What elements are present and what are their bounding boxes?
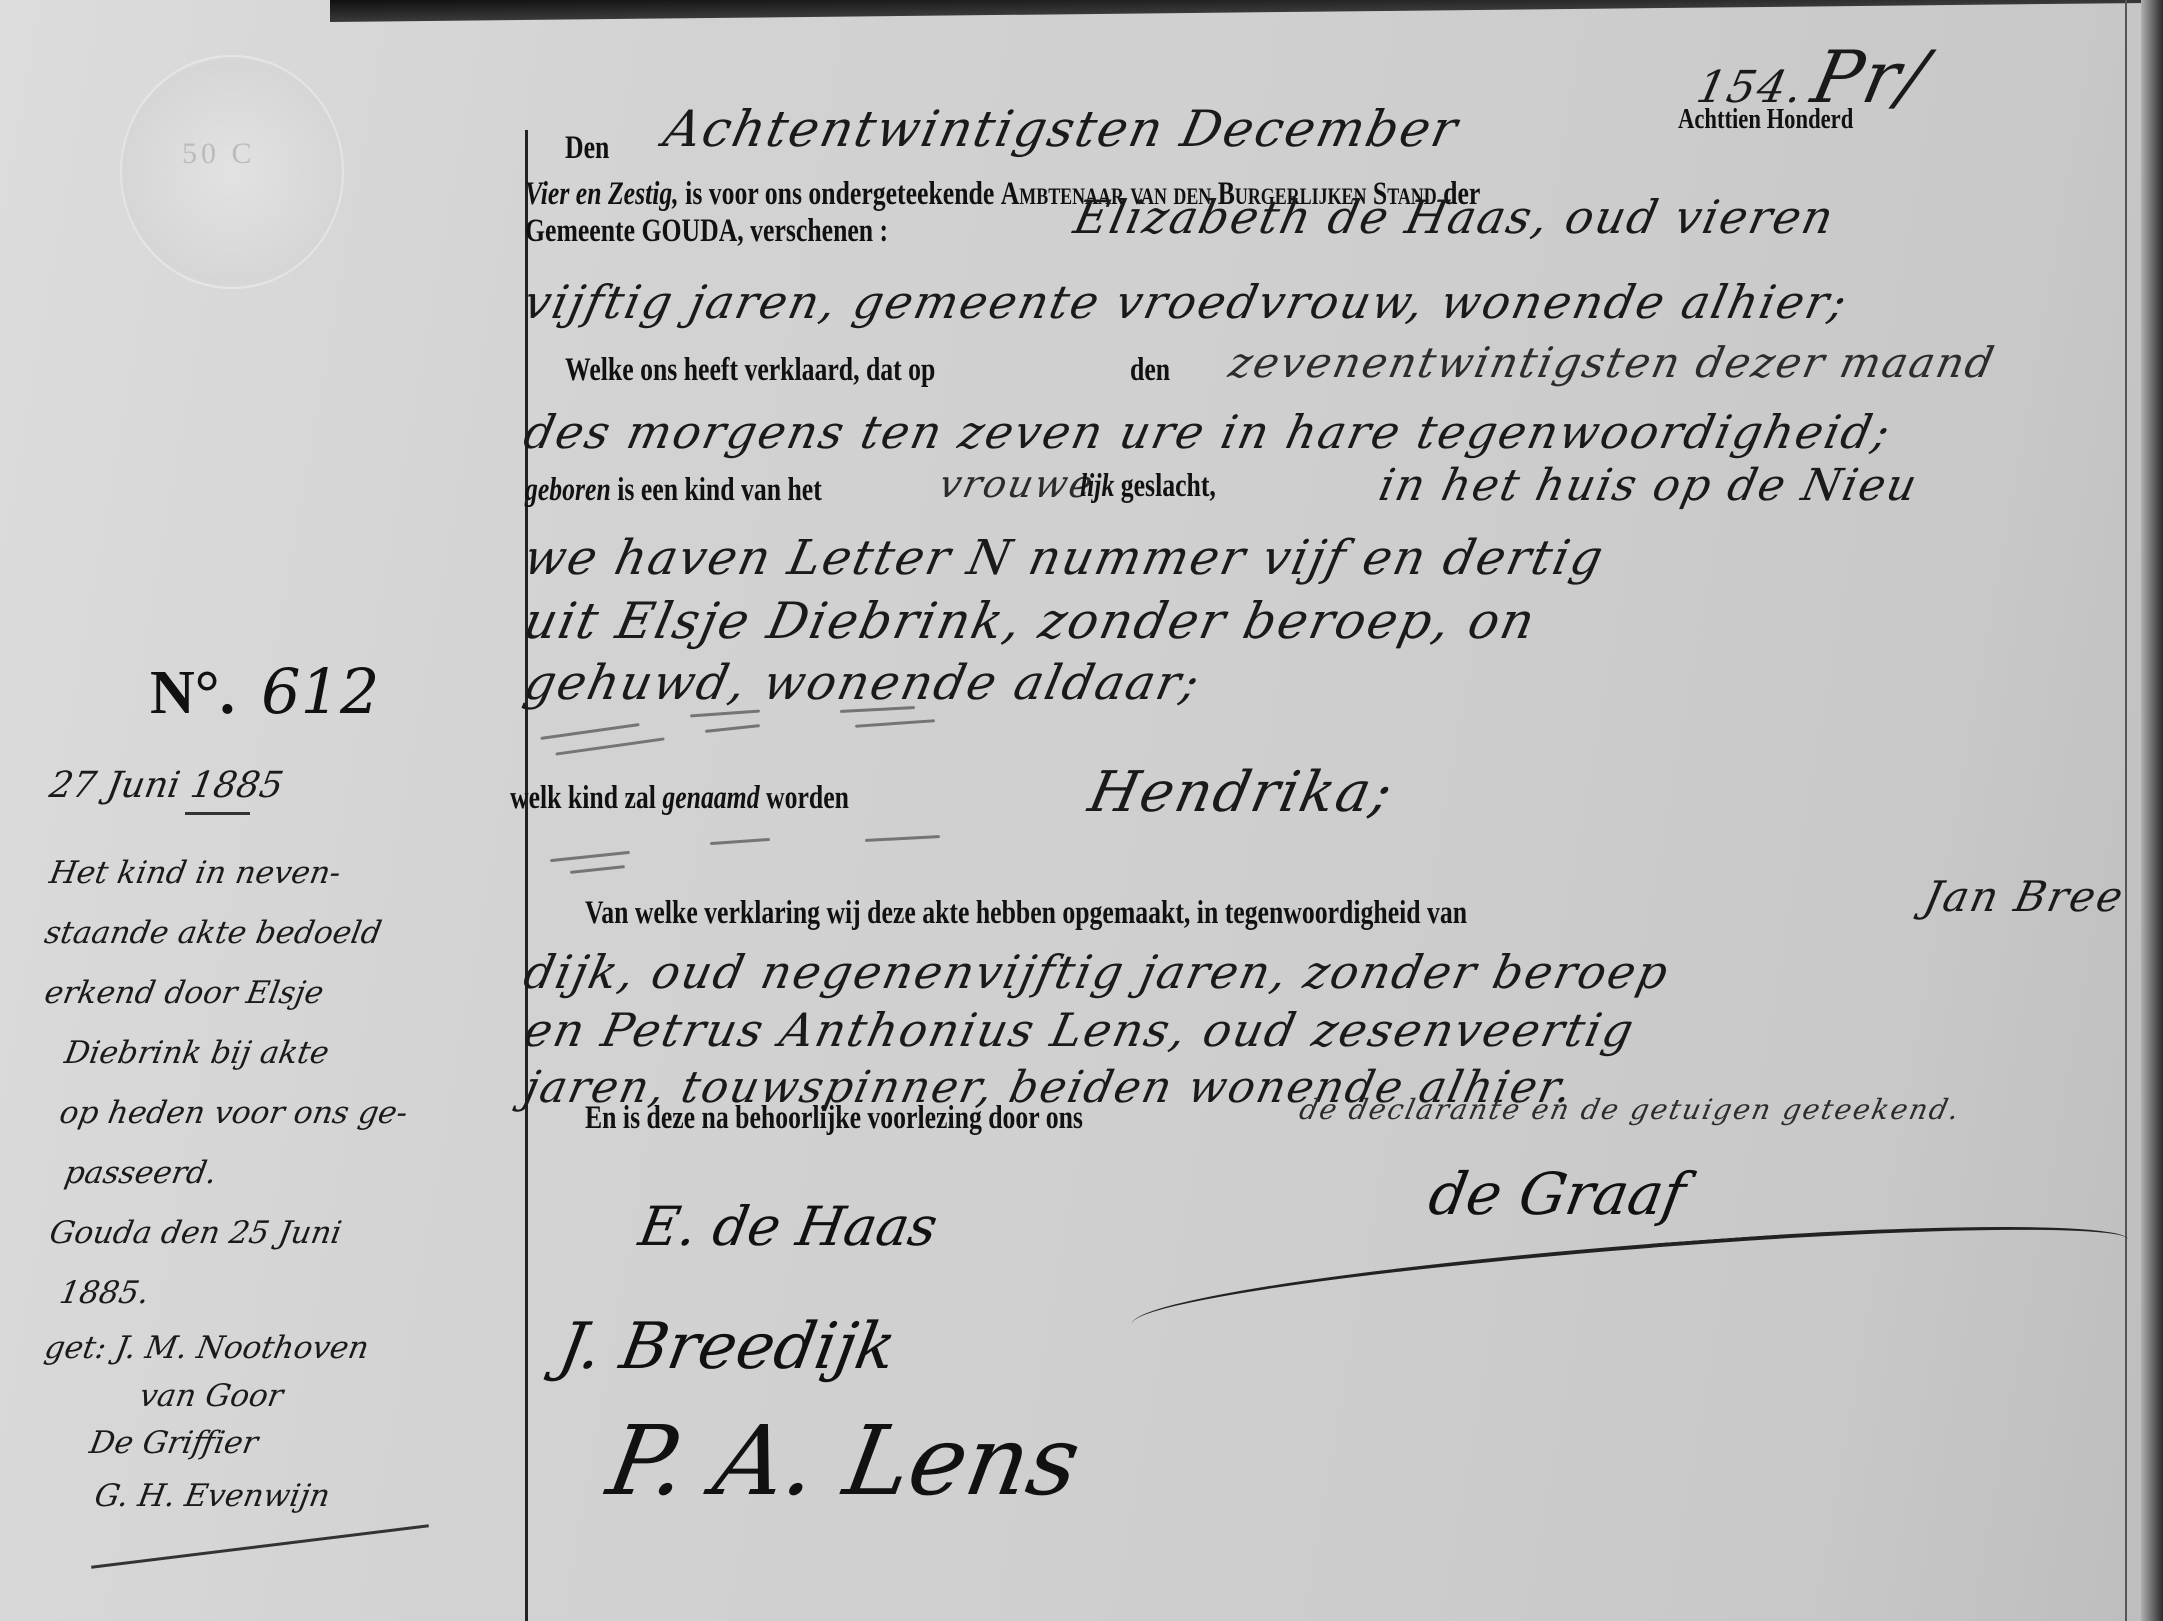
- line7-end: lijk geslacht,: [1080, 468, 1216, 505]
- signature-declarant: E. de Haas: [634, 1195, 942, 1258]
- filler-flourish: [540, 723, 639, 740]
- filler-flourish: [550, 851, 630, 862]
- filler-flourish: [555, 737, 664, 755]
- scan-top-shadow: [330, 0, 2163, 22]
- signature-official: de Graaf: [1424, 1160, 1691, 1228]
- line7: geboren is een kind van het: [525, 472, 822, 509]
- record-number: N°.612: [150, 655, 379, 729]
- underline: [185, 812, 250, 815]
- page-border: [2125, 0, 2127, 1621]
- scan-right-edge: [2141, 0, 2163, 1621]
- document-page: 50 C 154.Pr/ N°.612 27 Juni 1885 Het kin…: [0, 0, 2163, 1621]
- filler-flourish: [705, 724, 760, 733]
- filler-flourish: [855, 719, 935, 728]
- column-divider: [525, 130, 528, 1621]
- filler-flourish: [865, 835, 940, 842]
- signature-witness-1: J. Breedijk: [553, 1310, 901, 1384]
- underline: [91, 1524, 429, 1568]
- filler-flourish: [710, 838, 770, 845]
- signature-flourish: [1129, 1210, 2132, 1354]
- embossed-seal-icon: 50 C: [120, 55, 344, 289]
- filler-flourish: [570, 865, 625, 874]
- line11: welk kind zal genaamd worden: [510, 780, 849, 817]
- signature-witness-2: P. A. Lens: [600, 1405, 1088, 1517]
